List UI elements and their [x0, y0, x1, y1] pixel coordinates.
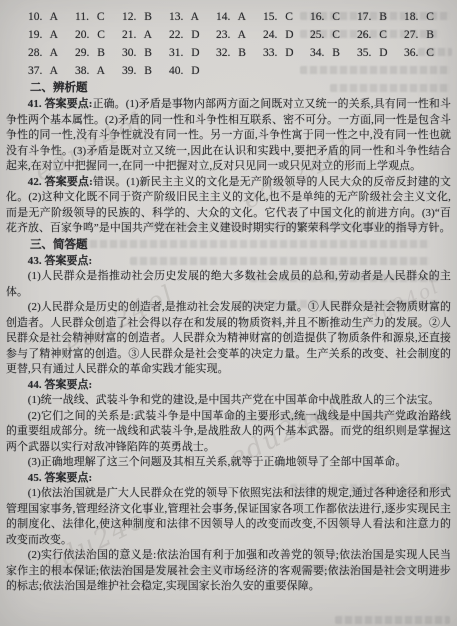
- answer-cell: 19. A: [28, 26, 75, 44]
- answer-paragraph: (2)人民群众是历史的创造者,是推动社会发展的决定力量。①人民群众是社会物质财富…: [6, 300, 451, 378]
- answer-paragraph: (1)依法治国就是广大人民群众在党的领导下依照宪法和法律的规定,通过各种途径和形…: [6, 486, 451, 548]
- answer-cell: 20. C: [75, 26, 122, 44]
- answer-cell: 21. A: [122, 26, 169, 44]
- answer-item-41: 41. 答案要点:正确。(1)矛盾是事物内部两方面之间既对立又统一的关系,具有同…: [6, 97, 451, 175]
- answers-row: 37. A 38. A 39. B 40. D: [28, 62, 451, 80]
- answer-cell: 10. A: [28, 8, 75, 26]
- section-heading-bianxi: 二、辨析题: [6, 80, 451, 97]
- page-content: 10. A 11. C 12. B 13. A 14. A 15. C 16. …: [6, 6, 451, 595]
- answer-lead: 44. 答案要点:: [28, 379, 92, 391]
- bleedthrough-smudge: [335, 616, 450, 624]
- section-heading-jianda: 三、简答题: [6, 237, 451, 254]
- answers-row: 28. A 29. B 30. B 31. D 32. B 33. D 34. …: [28, 44, 451, 62]
- answer-cell: 32. B: [216, 44, 263, 62]
- answer-cell: 11. C: [75, 8, 122, 26]
- answer-item-43-lead: 43. 答案要点:: [6, 254, 451, 270]
- answer-cell: 38. A: [75, 62, 122, 80]
- answer-cell: 39. B: [122, 62, 169, 80]
- answer-paragraph: (1)统一战线、武装斗争和党的建设,是中国共产党在中国革命中战胜敌人的三个法宝。: [6, 393, 451, 409]
- answer-cell: 25. C: [310, 26, 357, 44]
- answer-item-42: 42. 答案要点:错误。(1)新民主主义的文化是无产阶级领导的人民大众的反帝反封…: [6, 175, 451, 237]
- answer-lead: 45. 答案要点:: [28, 472, 92, 484]
- answer-item-45-lead: 45. 答案要点:: [6, 471, 451, 487]
- answers-row: 10. A 11. C 12. B 13. A 14. A 15. C 16. …: [28, 8, 451, 26]
- answer-cell: 18. C: [404, 8, 451, 26]
- answer-cell: 33. D: [263, 44, 310, 62]
- answer-cell: 40. D: [169, 62, 216, 80]
- answer-cell: 37. A: [28, 62, 75, 80]
- answer-cell: 27. B: [404, 26, 451, 44]
- answer-lead: 43. 答案要点:: [28, 255, 92, 267]
- answer-cell: 22. D: [169, 26, 216, 44]
- scanned-answer-key-page: edu24ol edu24ol edu24ol edu24ol edu24ol …: [0, 0, 457, 626]
- answer-item-44-lead: 44. 答案要点:: [6, 378, 451, 394]
- answer-cell: 26. C: [357, 26, 404, 44]
- answers-row: 19. A 20. C 21. A 22. D 23. A 24. D 25. …: [28, 26, 451, 44]
- answer-cell: 34. B: [310, 44, 357, 62]
- answer-paragraph: (3)正确地理解了这三个问题及其相互关系,就等于正确地领导了全部中国革命。: [6, 455, 451, 471]
- answer-cell: 35. D: [357, 44, 404, 62]
- answers-grid: 10. A 11. C 12. B 13. A 14. A 15. C 16. …: [6, 6, 451, 80]
- answer-cell: 28. A: [28, 44, 75, 62]
- answer-cell: 16. C: [310, 8, 357, 26]
- answer-cell: 14. A: [216, 8, 263, 26]
- answer-paragraph: (2)实行依法治国的意义是:依法治国有利于加强和改善党的领导;依法治国是实现人民…: [6, 548, 451, 595]
- answer-cell: 23. A: [216, 26, 263, 44]
- answer-cell: 17. B: [357, 8, 404, 26]
- answer-lead: 42. 答案要点:: [28, 176, 93, 188]
- answer-cell: 24. D: [263, 26, 310, 44]
- answer-cell: 12. B: [122, 8, 169, 26]
- answer-cell: 15. C: [263, 8, 310, 26]
- answer-cell: 31. D: [169, 44, 216, 62]
- answer-cell: 13. A: [169, 8, 216, 26]
- answer-paragraph: (1)人民群众是指推动社会历史发展的绝大多数社会成员的总和,劳动者是人民群众的主…: [6, 269, 451, 300]
- answer-cell: 29. B: [75, 44, 122, 62]
- answer-paragraph: (2)它们之间的关系是:武装斗争是中国革命的主要形式,统一战线是中国共产党政治路…: [6, 409, 451, 456]
- answer-lead: 41. 答案要点:: [28, 98, 93, 110]
- answer-cell: 30. B: [122, 44, 169, 62]
- answer-cell: 36. C: [404, 44, 451, 62]
